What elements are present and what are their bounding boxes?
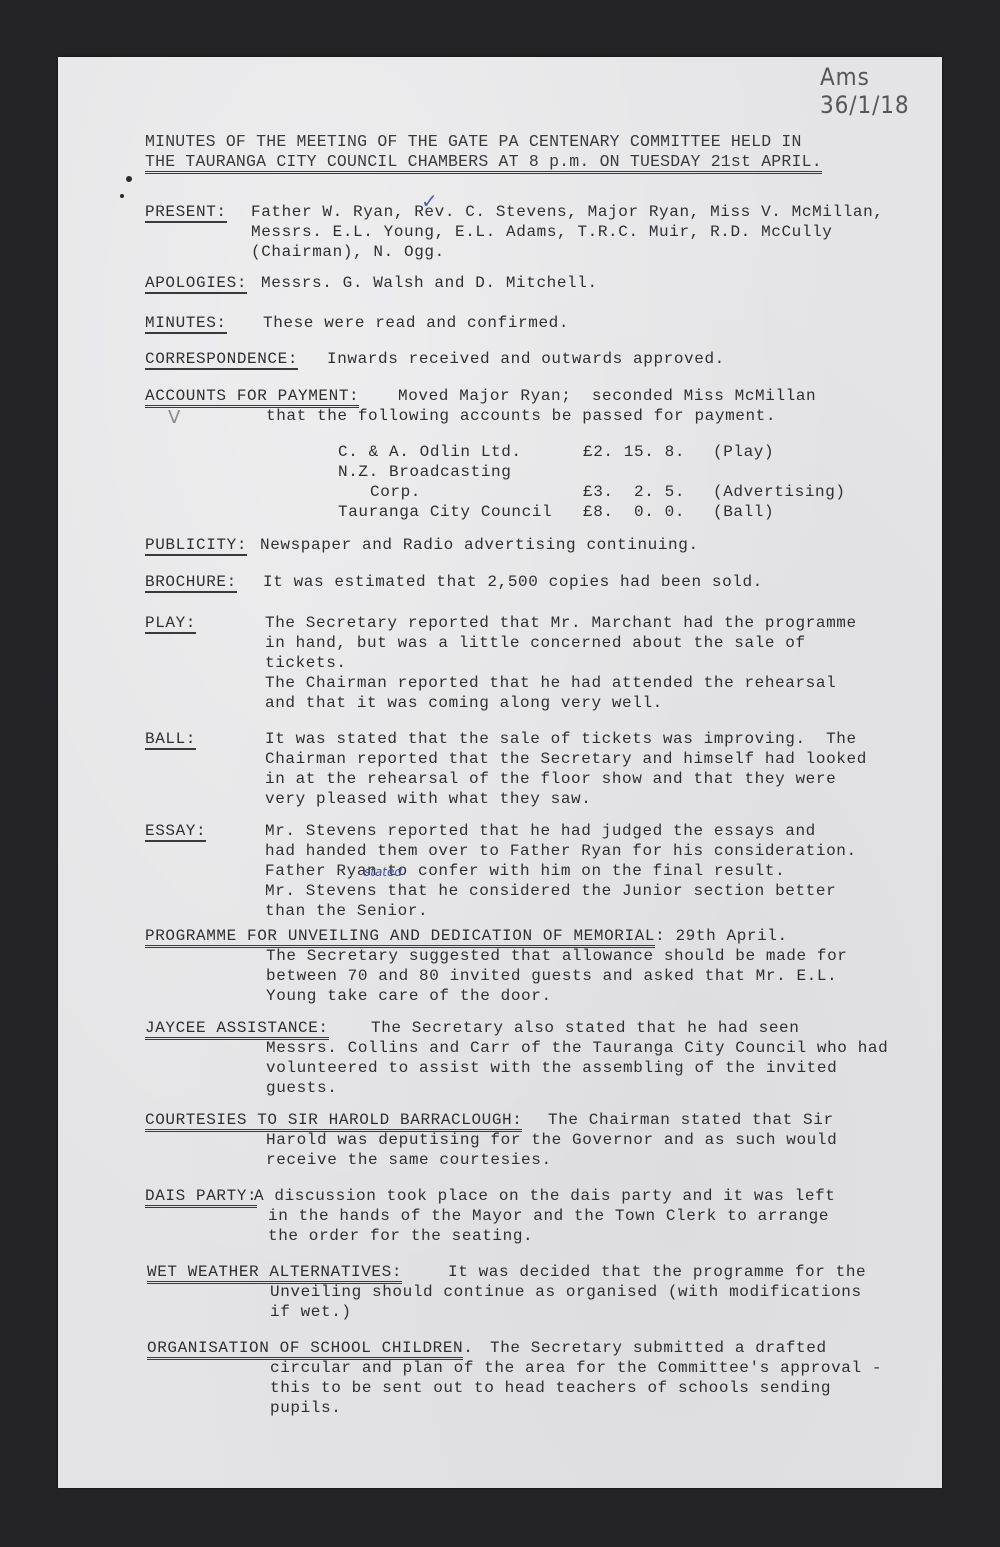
school-children-line-1: circular and plan of the area for the Co…	[270, 1358, 882, 1378]
account-row-2-purpose: (Advertising)	[713, 482, 846, 502]
school-children-heading: ORGANISATION OF SCHOOL CHILDREN.	[147, 1338, 473, 1358]
account-row-3-payee: Tauranga City Council	[338, 502, 552, 522]
present-line-2: Messrs. E.L. Young, E.L. Adams, T.R.C. M…	[251, 222, 833, 242]
jaycee-line-2: volunteered to assist with the assemblin…	[266, 1058, 837, 1078]
account-row-3-amount: £8. 0. 0.	[583, 502, 685, 522]
school-children-line-3: pupils.	[270, 1398, 341, 1418]
staple-hole-mark	[118, 172, 158, 202]
programme-heading: PROGRAMME FOR UNVEILING AND DEDICATION O…	[145, 926, 788, 946]
ball-line-4: very pleased with what they saw.	[265, 789, 591, 809]
apologies-text: Messrs. G. Walsh and D. Mitchell.	[261, 273, 598, 293]
present-line-1: Father W. Ryan, Rev. C. Stevens, Major R…	[251, 202, 884, 222]
wet-weather-heading: WET WEATHER ALTERNATIVES:	[147, 1262, 402, 1282]
minutes-heading: MINUTES:	[145, 313, 227, 333]
programme-line-3: Young take care of the door.	[266, 986, 552, 1006]
ball-line-3: in at the rehearsal of the floor show an…	[265, 769, 836, 789]
account-row-2-payee: N.Z. Broadcasting	[338, 462, 511, 482]
courtesies-heading-text: COURTESIES TO SIR HAROLD BARRACLOUGH:	[145, 1111, 522, 1132]
wet-weather-heading-text: WET WEATHER ALTERNATIVES:	[147, 1263, 402, 1284]
essay-line-5: than the Senior.	[265, 901, 428, 921]
account-row-1-purpose: (Play)	[713, 442, 774, 462]
correspondence-text: Inwards received and outwards approved.	[327, 349, 725, 369]
dais-heading: DAIS PARTY:	[145, 1186, 257, 1206]
play-line-2: in hand, but was a little concerned abou…	[265, 633, 806, 653]
wet-weather-line-1: Unveiling should continue as organised (…	[270, 1282, 862, 1302]
play-heading-text: PLAY:	[145, 614, 196, 634]
essay-line-1: Mr. Stevens reported that he had judged …	[265, 821, 816, 841]
brochure-heading-text: BROCHURE:	[145, 573, 237, 593]
accounts-heading-text: ACCOUNTS FOR PAYMENT:	[145, 387, 359, 408]
play-line-5: and that it was coming along very well.	[265, 693, 663, 713]
account-row-2-payee-cont: Corp.	[370, 482, 421, 502]
wet-weather-first-line: It was decided that the programme for th…	[448, 1262, 866, 1282]
correspondence-heading-text: CORRESPONDENCE:	[145, 350, 298, 370]
correspondence-heading: CORRESPONDENCE:	[145, 349, 298, 369]
minutes-heading-text: MINUTES:	[145, 314, 227, 334]
dais-line-1: in the hands of the Mayor and the Town C…	[268, 1206, 829, 1226]
courtesies-heading: COURTESIES TO SIR HAROLD BARRACLOUGH:	[145, 1110, 522, 1130]
school-children-first-line: The Secretary submitted a drafted	[490, 1338, 827, 1358]
title-line-1: MINUTES OF THE MEETING OF THE GATE PA CE…	[145, 132, 802, 152]
jaycee-heading: JAYCEE ASSISTANCE:	[145, 1018, 329, 1038]
publicity-heading: PUBLICITY:	[145, 535, 247, 555]
dais-heading-text: DAIS PARTY:	[145, 1187, 257, 1208]
wet-weather-line-2: if wet.)	[270, 1302, 352, 1322]
present-line-3: (Chairman), N. Ogg.	[251, 242, 445, 262]
publicity-text: Newspaper and Radio advertising continui…	[260, 535, 699, 555]
account-row-1-payee: C. & A. Odlin Ltd.	[338, 442, 522, 462]
essay-heading: ESSAY:	[145, 821, 206, 841]
minutes-text: These were read and confirmed.	[263, 313, 569, 333]
dais-first-line: A discussion took place on the dais part…	[254, 1186, 836, 1206]
school-children-line-2: this to be sent out to head teachers of …	[270, 1378, 831, 1398]
document-page: Ams 36/1/18 MINUTES OF THE MEETING OF TH…	[58, 57, 942, 1488]
handwritten-insert-stated: stated	[364, 865, 402, 879]
essay-line-4: Mr. Stevens that he considered the Junio…	[265, 881, 836, 901]
jaycee-heading-text: JAYCEE ASSISTANCE:	[145, 1019, 329, 1040]
programme-date: : 29th April.	[655, 927, 788, 945]
account-row-1-amount: £2. 15. 8.	[583, 442, 685, 462]
jaycee-first-line: The Secretary also stated that he had se…	[371, 1018, 799, 1038]
accounts-line-1: Moved Major Ryan; seconded Miss McMillan	[398, 386, 816, 406]
title-line-2: THE TAURANGA CITY COUNCIL CHAMBERS AT 8 …	[145, 152, 822, 172]
play-line-1: The Secretary reported that Mr. Marchant…	[265, 613, 857, 633]
programme-line-2: between 70 and 80 invited guests and ask…	[266, 966, 837, 986]
jaycee-line-3: guests.	[266, 1078, 337, 1098]
accounts-line-2: that the following accounts be passed fo…	[266, 406, 776, 426]
essay-heading-text: ESSAY:	[145, 822, 206, 842]
archive-reference-handwritten: Ams 36/1/18	[820, 63, 930, 119]
ball-heading: BALL:	[145, 729, 196, 749]
title-line-2-text: THE TAURANGA CITY COUNCIL CHAMBERS AT 8 …	[145, 152, 822, 174]
play-heading: PLAY:	[145, 613, 196, 633]
present-heading-text: PRESENT:	[145, 203, 227, 223]
brochure-text: It was estimated that 2,500 copies had b…	[263, 572, 763, 592]
ball-line-1: It was stated that the sale of tickets w…	[265, 729, 857, 749]
handwritten-tick-mark: ✓	[421, 189, 438, 213]
ball-heading-text: BALL:	[145, 730, 196, 750]
school-children-heading-text: ORGANISATION OF SCHOOL CHILDREN	[147, 1339, 463, 1360]
accounts-heading: ACCOUNTS FOR PAYMENT:	[145, 386, 359, 406]
account-row-3-purpose: (Ball)	[713, 502, 774, 522]
courtesies-line-2: receive the same courtesies.	[266, 1150, 552, 1170]
courtesies-line-1: Harold was deputising for the Governor a…	[266, 1130, 837, 1150]
courtesies-first-line: The Chairman stated that Sir	[548, 1110, 834, 1130]
jaycee-line-1: Messrs. Collins and Carr of the Tauranga…	[266, 1038, 888, 1058]
publicity-heading-text: PUBLICITY:	[145, 536, 247, 556]
essay-line-3: Father Ryan to confer with him on the fi…	[265, 861, 785, 881]
apologies-heading: APOLOGIES:	[145, 273, 247, 293]
programme-line-1: The Secretary suggested that allowance s…	[266, 946, 848, 966]
programme-heading-text: PROGRAMME FOR UNVEILING AND DEDICATION O…	[145, 927, 655, 948]
account-row-2-amount: £3. 2. 5.	[583, 482, 685, 502]
play-line-4: The Chairman reported that he had attend…	[265, 673, 836, 693]
present-heading: PRESENT:	[145, 202, 227, 222]
brochure-heading: BROCHURE:	[145, 572, 237, 592]
play-line-3: tickets.	[265, 653, 347, 673]
school-children-heading-period: .	[463, 1339, 473, 1357]
dais-line-2: the order for the seating.	[268, 1226, 533, 1246]
ball-line-2: Chairman reported that the Secretary and…	[265, 749, 867, 769]
pencil-tick-mark: V	[168, 407, 180, 428]
apologies-heading-text: APOLOGIES:	[145, 274, 247, 294]
essay-line-2: had handed them over to Father Ryan for …	[265, 841, 857, 861]
